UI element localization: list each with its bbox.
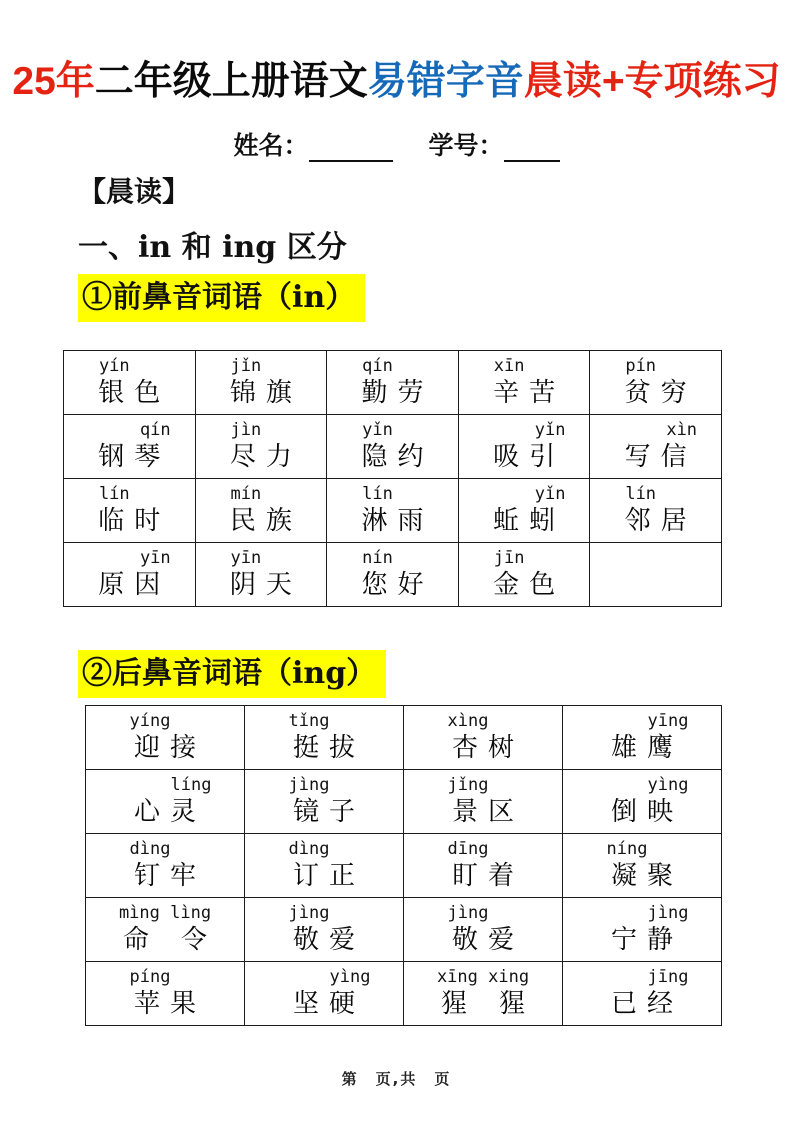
reading-section-header: 【晨读】 <box>78 170 190 210</box>
pinyin-label: yíng <box>86 711 226 731</box>
word-text: 宁静 <box>567 923 717 957</box>
pinyin-label: yìng <box>593 775 722 795</box>
word-text: 心灵 <box>90 795 240 829</box>
word-text: 尽力 <box>200 440 323 474</box>
pinyin-label: jìng <box>593 903 722 923</box>
pinyin-label: qín <box>94 420 195 440</box>
word-cell: jìng敬爱 <box>245 898 404 962</box>
word-cell: jǐng景区 <box>404 770 563 834</box>
pinyin-label: yǐn <box>327 420 439 440</box>
pinyin-label: líng <box>116 775 245 795</box>
word-text: 挺拔 <box>249 731 399 765</box>
word-text: 坚硬 <box>249 987 399 1021</box>
word-text: 金色 <box>463 568 586 602</box>
front-nasal-table: yín银色jǐn锦旗qín勤劳xīn辛苦pín贫穷qín钢琴jìn尽力yǐn隐约… <box>63 350 722 607</box>
word-cell: yīn原因 <box>64 543 196 607</box>
word-cell: píng苹果 <box>86 962 245 1026</box>
word-text: 贫穷 <box>594 376 717 410</box>
word-text: 命令 <box>90 923 240 957</box>
pinyin-label: yǐn <box>489 484 590 504</box>
pinyin-label: pín <box>590 356 702 376</box>
word-cell: lín临时 <box>64 479 196 543</box>
word-cell: dìng钉牢 <box>86 834 245 898</box>
table-row: yíng迎接tǐng挺拔xìng杏树yīng雄鹰 <box>86 706 722 770</box>
pinyin-label: xīng xing <box>408 967 558 987</box>
pinyin-label: nín <box>327 548 439 568</box>
word-text: 敬爱 <box>408 923 558 957</box>
pinyin-label: jǐn <box>195 356 307 376</box>
pinyin-label: jǐng <box>404 775 544 795</box>
word-text: 蚯蚓 <box>463 504 586 538</box>
word-text: 凝聚 <box>567 859 717 893</box>
word-text: 勤劳 <box>331 376 454 410</box>
pinyin-label: jìn <box>195 420 307 440</box>
back-nasal-subheading: ②后鼻音词语（ing） <box>78 650 386 698</box>
pinyin-label: jīng <box>593 967 722 987</box>
word-text: 您好 <box>331 568 454 602</box>
word-cell: lín邻居 <box>590 479 722 543</box>
pinyin-label: jìng <box>404 903 544 923</box>
word-text: 阴天 <box>200 568 323 602</box>
table-row: líng心灵jìng镜子jǐng景区yìng倒映 <box>86 770 722 834</box>
title-part-year: 25年 <box>12 60 94 103</box>
back-nasal-table: yíng迎接tǐng挺拔xìng杏树yīng雄鹰líng心灵jìng镜子jǐng… <box>85 705 722 1026</box>
name-input-blank[interactable] <box>309 136 393 162</box>
pinyin-label: jìng <box>245 775 385 795</box>
word-cell: xīng xing猩猩 <box>404 962 563 1026</box>
word-cell: yǐn隐约 <box>327 415 459 479</box>
word-text: 民族 <box>200 504 323 538</box>
worksheet-page: 25年二年级上册语文易错字音晨读+专项练习 姓名：学号： 【晨读】 一、in 和… <box>0 0 793 1122</box>
word-cell: líng心灵 <box>86 770 245 834</box>
word-cell: jìng宁静 <box>563 898 722 962</box>
word-cell: jīn金色 <box>458 543 590 607</box>
table-row: qín钢琴jìn尽力yǐn隐约yǐn吸引xìn写信 <box>64 415 722 479</box>
table-row: mìng lìng命令jìng敬爱jìng敬爱jìng宁静 <box>86 898 722 962</box>
word-cell: jīng已经 <box>563 962 722 1026</box>
word-cell: jìn尽力 <box>195 415 327 479</box>
word-text: 辛苦 <box>463 376 586 410</box>
pinyin-label: yīng <box>593 711 722 731</box>
word-cell: qín勤劳 <box>327 351 459 415</box>
word-cell: yīng雄鹰 <box>563 706 722 770</box>
pinyin-label: yìng <box>275 967 404 987</box>
title-part-type: 晨读+专项练习 <box>524 60 781 103</box>
word-text: 雄鹰 <box>567 731 717 765</box>
word-text: 银色 <box>68 376 191 410</box>
word-text: 倒映 <box>567 795 717 829</box>
pinyin-label: xīn <box>458 356 570 376</box>
word-cell: dīng盯着 <box>404 834 563 898</box>
word-text: 苹果 <box>90 987 240 1021</box>
pinyin-label: xìn <box>620 420 721 440</box>
word-text: 镜子 <box>249 795 399 829</box>
word-cell: mín民族 <box>195 479 327 543</box>
word-cell: mìng lìng命令 <box>86 898 245 962</box>
word-text: 钉牢 <box>90 859 240 893</box>
pinyin-label: yīn <box>195 548 307 568</box>
pinyin-label: jìng <box>245 903 385 923</box>
page-title: 25年二年级上册语文易错字音晨读+专项练习 <box>0 50 793 106</box>
word-cell: tǐng挺拔 <box>245 706 404 770</box>
word-text: 隐约 <box>331 440 454 474</box>
table-row: dìng钉牢dìng订正dīng盯着níng凝聚 <box>86 834 722 898</box>
word-cell: yìng坚硬 <box>245 962 404 1026</box>
pinyin-label: lín <box>590 484 702 504</box>
title-part-grade: 二年级上册语文 <box>95 60 368 103</box>
pinyin-label: tǐng <box>245 711 385 731</box>
word-cell: jìng镜子 <box>245 770 404 834</box>
pinyin-label: dìng <box>245 839 385 859</box>
word-cell: xīn辛苦 <box>458 351 590 415</box>
word-cell: yíng迎接 <box>86 706 245 770</box>
word-cell: dìng订正 <box>245 834 404 898</box>
pinyin-label: píng <box>86 967 226 987</box>
student-id-input-blank[interactable] <box>504 136 560 162</box>
table-row: yín银色jǐn锦旗qín勤劳xīn辛苦pín贫穷 <box>64 351 722 415</box>
word-text: 钢琴 <box>68 440 191 474</box>
empty-cell <box>590 543 722 607</box>
pinyin-label: níng <box>563 839 703 859</box>
table-row: píng苹果yìng坚硬xīng xing猩猩jīng已经 <box>86 962 722 1026</box>
pinyin-label: yǐn <box>489 420 590 440</box>
word-text: 敬爱 <box>249 923 399 957</box>
front-nasal-subheading: ①前鼻音词语（in） <box>78 274 365 322</box>
word-text: 订正 <box>249 859 399 893</box>
pinyin-label: jīn <box>458 548 570 568</box>
pinyin-label: xìng <box>404 711 544 731</box>
word-cell: yìng倒映 <box>563 770 722 834</box>
word-cell: yīn阴天 <box>195 543 327 607</box>
word-text: 已经 <box>567 987 717 1021</box>
table-row: yīn原因yīn阴天nín您好jīn金色 <box>64 543 722 607</box>
word-cell: xìn写信 <box>590 415 722 479</box>
table-row: lín临时mín民族lín淋雨yǐn蚯蚓lín邻居 <box>64 479 722 543</box>
word-cell: yǐn吸引 <box>458 415 590 479</box>
word-cell: pín贫穷 <box>590 351 722 415</box>
word-text: 临时 <box>68 504 191 538</box>
pinyin-label: dìng <box>86 839 226 859</box>
word-text: 原因 <box>68 568 191 602</box>
word-cell: yǐn蚯蚓 <box>458 479 590 543</box>
pinyin-label: qín <box>327 356 439 376</box>
word-text: 吸引 <box>463 440 586 474</box>
pinyin-label: mìng lìng <box>90 903 240 923</box>
word-cell: xìng杏树 <box>404 706 563 770</box>
pinyin-label: mín <box>195 484 307 504</box>
word-text: 写信 <box>594 440 717 474</box>
pinyin-label: lín <box>327 484 439 504</box>
name-label: 姓名： <box>233 131 308 160</box>
word-text: 景区 <box>408 795 558 829</box>
pinyin-label: yīn <box>94 548 195 568</box>
word-text: 盯着 <box>408 859 558 893</box>
word-cell: jǐn锦旗 <box>195 351 327 415</box>
pinyin-label: lín <box>64 484 176 504</box>
word-text: 猩猩 <box>408 987 558 1021</box>
word-cell: nín您好 <box>327 543 459 607</box>
exercise-heading: 一、in 和 ing 区分 <box>78 222 347 266</box>
word-cell: jìng敬爱 <box>404 898 563 962</box>
word-text: 邻居 <box>594 504 717 538</box>
word-cell: lín淋雨 <box>327 479 459 543</box>
pinyin-label: dīng <box>404 839 544 859</box>
word-cell: níng凝聚 <box>563 834 722 898</box>
word-text: 迎接 <box>90 731 240 765</box>
word-text: 杏树 <box>408 731 558 765</box>
page-footer: 第 页,共 页 <box>0 1068 793 1089</box>
student-id-label: 学号： <box>429 131 504 160</box>
title-part-topic: 易错字音 <box>368 60 524 103</box>
student-info-line: 姓名：学号： <box>0 126 793 162</box>
word-cell: qín钢琴 <box>64 415 196 479</box>
word-cell: yín银色 <box>64 351 196 415</box>
word-text: 锦旗 <box>200 376 323 410</box>
word-text: 淋雨 <box>331 504 454 538</box>
pinyin-label: yín <box>64 356 176 376</box>
